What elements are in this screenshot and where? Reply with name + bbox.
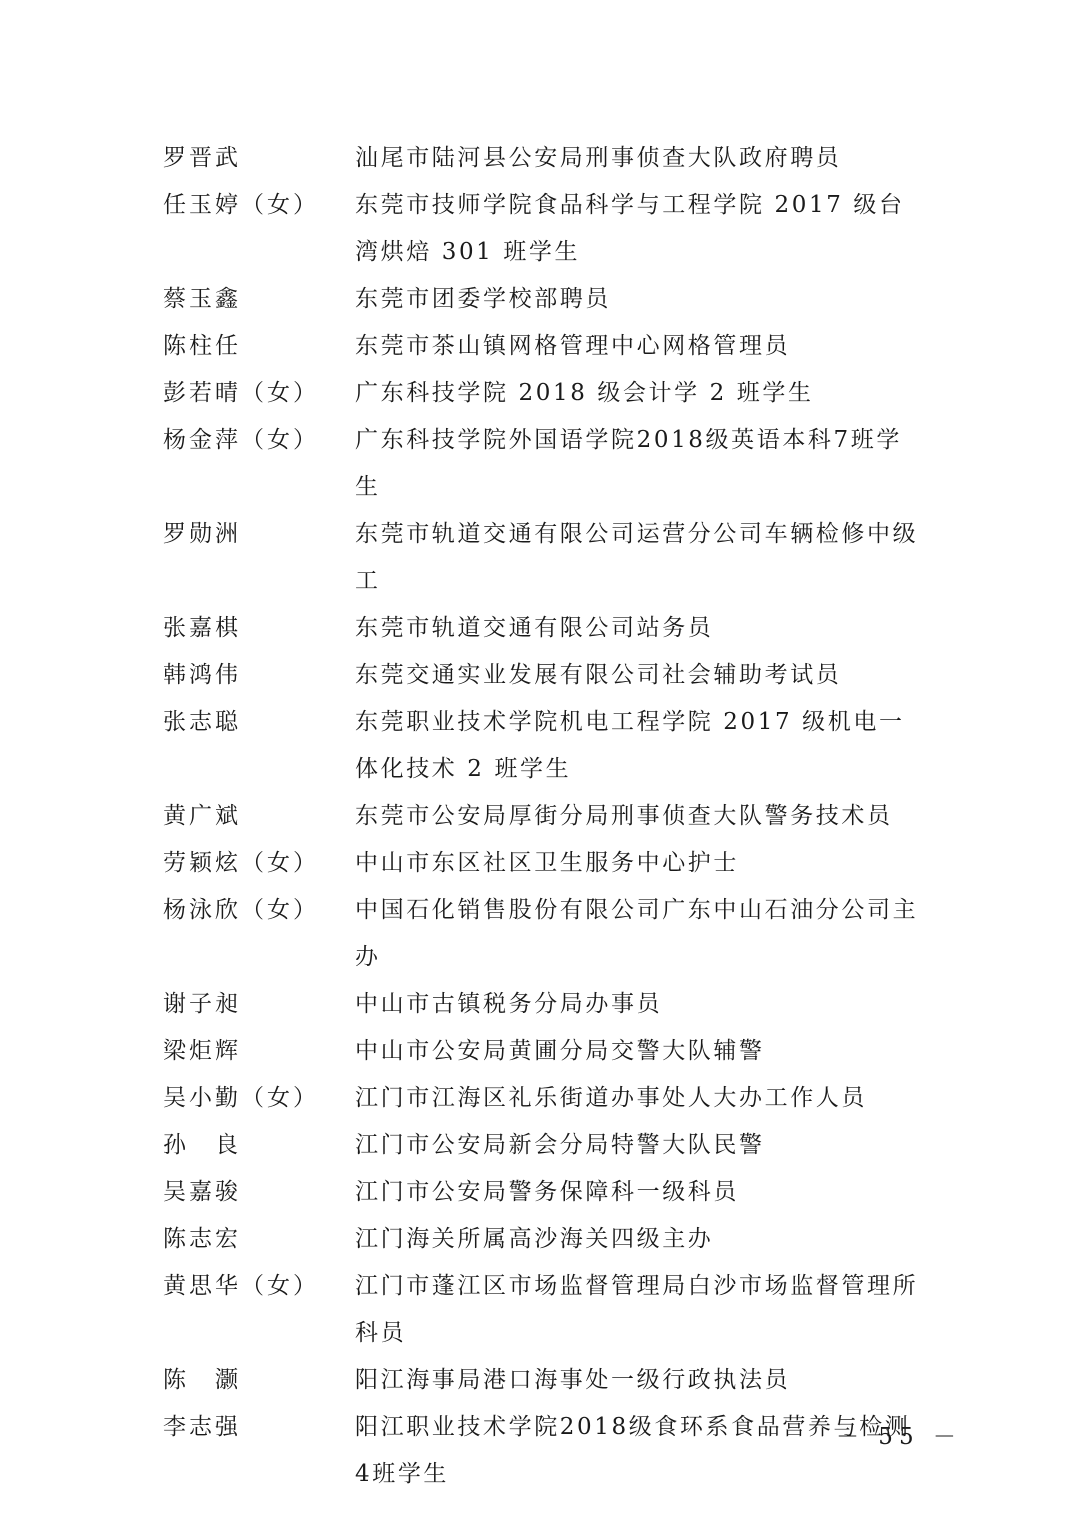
list-item: 吴嘉骏 江门市公安局警务保障科一级科员	[163, 1169, 923, 1216]
person-name: 劳颖炫（女）	[163, 840, 355, 887]
person-affiliation: 东莞市茶山镇网格管理中心网格管理员	[355, 323, 923, 370]
list-item: 吴小勤（女） 江门市江海区礼乐街道办事处人大办工作人员	[163, 1075, 923, 1122]
list-item: 罗勋洲 东莞市轨道交通有限公司运营分公司车辆检修中级工	[163, 511, 923, 605]
list-item: 李志强 阳江职业技术学院2018级食环系食品营养与检测4班学生	[163, 1404, 923, 1498]
list-item: 黄广斌 东莞市公安局厚街分局刑事侦查大队警务技术员	[163, 793, 923, 840]
person-affiliation: 东莞职业技术学院机电工程学院 2017 级机电一体化技术 2 班学生	[355, 699, 923, 793]
list-item: 梁炬辉 中山市公安局黄圃分局交警大队辅警	[163, 1028, 923, 1075]
person-name: 陈志宏	[163, 1216, 355, 1263]
honoree-list: 罗晋武 汕尾市陆河县公安局刑事侦查大队政府聘员 任玉婷（女） 东莞市技师学院食品…	[163, 135, 923, 1498]
person-name: 张志聪	[163, 699, 355, 746]
person-affiliation: 广东科技学院 2018 级会计学 2 班学生	[355, 370, 923, 417]
document-page: 罗晋武 汕尾市陆河县公安局刑事侦查大队政府聘员 任玉婷（女） 东莞市技师学院食品…	[0, 0, 1080, 1527]
list-item: 陈柱任 东莞市茶山镇网格管理中心网格管理员	[163, 323, 923, 370]
person-name: 张嘉棋	[163, 605, 355, 652]
person-name: 梁炬辉	[163, 1028, 355, 1075]
person-name: 杨金萍（女）	[163, 417, 355, 464]
person-name: 吴嘉骏	[163, 1169, 355, 1216]
person-name: 吴小勤（女）	[163, 1075, 355, 1122]
person-affiliation: 中山市古镇税务分局办事员	[355, 981, 923, 1028]
person-affiliation: 江门市公安局警务保障科一级科员	[355, 1169, 923, 1216]
list-item: 张嘉棋 东莞市轨道交通有限公司站务员	[163, 605, 923, 652]
person-name: 黄广斌	[163, 793, 355, 840]
person-affiliation: 江门市公安局新会分局特警大队民警	[355, 1122, 923, 1169]
person-affiliation: 东莞市技师学院食品科学与工程学院 2017 级台湾烘焙 301 班学生	[355, 182, 923, 276]
person-affiliation: 东莞市团委学校部聘员	[355, 276, 923, 323]
person-affiliation: 江门市江海区礼乐街道办事处人大办工作人员	[355, 1075, 923, 1122]
person-name: 陈柱任	[163, 323, 355, 370]
person-name: 韩鸿伟	[163, 652, 355, 699]
list-item: 陈志宏 江门海关所属高沙海关四级主办	[163, 1216, 923, 1263]
person-name: 任玉婷（女）	[163, 182, 355, 229]
person-name: 杨泳欣（女）	[163, 887, 355, 934]
person-affiliation: 东莞市轨道交通有限公司运营分公司车辆检修中级工	[355, 511, 923, 605]
person-affiliation: 东莞市公安局厚街分局刑事侦查大队警务技术员	[355, 793, 923, 840]
page-number: － 55 －	[836, 1418, 962, 1451]
list-item: 劳颖炫（女） 中山市东区社区卫生服务中心护士	[163, 840, 923, 887]
list-item: 罗晋武 汕尾市陆河县公安局刑事侦查大队政府聘员	[163, 135, 923, 182]
person-affiliation: 汕尾市陆河县公安局刑事侦查大队政府聘员	[355, 135, 923, 182]
person-name: 罗勋洲	[163, 511, 355, 558]
person-affiliation: 阳江海事局港口海事处一级行政执法员	[355, 1357, 923, 1404]
person-affiliation: 江门市蓬江区市场监督管理局白沙市场监督管理所科员	[355, 1263, 923, 1357]
person-affiliation: 东莞交通实业发展有限公司社会辅助考试员	[355, 652, 923, 699]
list-item: 韩鸿伟 东莞交通实业发展有限公司社会辅助考试员	[163, 652, 923, 699]
list-item: 蔡玉鑫 东莞市团委学校部聘员	[163, 276, 923, 323]
list-item: 彭若晴（女） 广东科技学院 2018 级会计学 2 班学生	[163, 370, 923, 417]
list-item: 陈 灏 阳江海事局港口海事处一级行政执法员	[163, 1357, 923, 1404]
person-name: 罗晋武	[163, 135, 355, 182]
person-affiliation: 中国石化销售股份有限公司广东中山石油分公司主办	[355, 887, 923, 981]
person-name: 陈 灏	[163, 1357, 355, 1404]
person-affiliation: 中山市东区社区卫生服务中心护士	[355, 840, 923, 887]
list-item: 任玉婷（女） 东莞市技师学院食品科学与工程学院 2017 级台湾烘焙 301 班…	[163, 182, 923, 276]
person-name: 黄思华（女）	[163, 1263, 355, 1310]
person-name: 蔡玉鑫	[163, 276, 355, 323]
person-affiliation: 广东科技学院外国语学院2018级英语本科7班学生	[355, 417, 923, 511]
list-item: 孙 良 江门市公安局新会分局特警大队民警	[163, 1122, 923, 1169]
list-item: 谢子昶 中山市古镇税务分局办事员	[163, 981, 923, 1028]
person-name: 谢子昶	[163, 981, 355, 1028]
person-affiliation: 中山市公安局黄圃分局交警大队辅警	[355, 1028, 923, 1075]
person-affiliation: 东莞市轨道交通有限公司站务员	[355, 605, 923, 652]
list-item: 杨金萍（女） 广东科技学院外国语学院2018级英语本科7班学生	[163, 417, 923, 511]
list-item: 张志聪 东莞职业技术学院机电工程学院 2017 级机电一体化技术 2 班学生	[163, 699, 923, 793]
person-name: 李志强	[163, 1404, 355, 1451]
list-item: 杨泳欣（女） 中国石化销售股份有限公司广东中山石油分公司主办	[163, 887, 923, 981]
person-name: 彭若晴（女）	[163, 370, 355, 417]
list-item: 黄思华（女） 江门市蓬江区市场监督管理局白沙市场监督管理所科员	[163, 1263, 923, 1357]
person-name: 孙 良	[163, 1122, 355, 1169]
person-affiliation: 江门海关所属高沙海关四级主办	[355, 1216, 923, 1263]
